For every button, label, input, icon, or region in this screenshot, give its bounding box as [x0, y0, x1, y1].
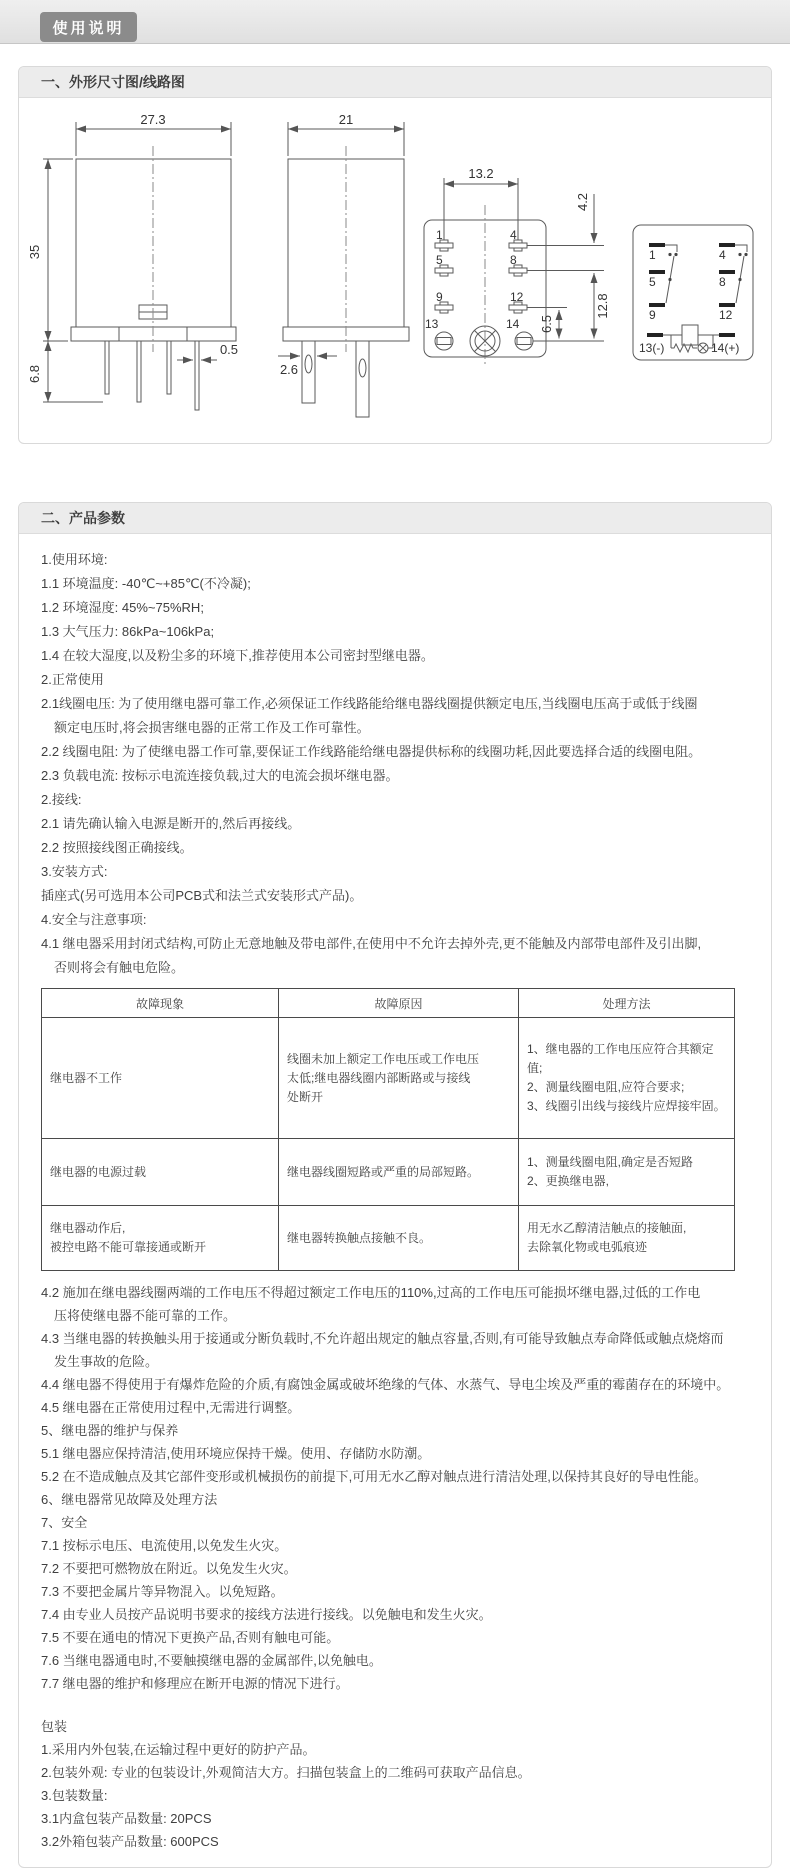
schematic-terminal-1: 1 — [649, 248, 656, 262]
schematic-terminal-9: 9 — [649, 308, 656, 322]
dim-label-front-width: 27.3 — [140, 112, 165, 127]
param-line: 2.1线圈电压: 为了使用继电器可靠工作,必须保证工作线路能给继电器线圈提供额定… — [41, 692, 751, 716]
fault-cell: 继电器动作后, 被控电路不能可靠接通或断开 — [42, 1206, 279, 1271]
dim-label-offset-top: 4.2 — [575, 193, 590, 211]
param-line: 5.1 继电器应保持清洁,使用环境应保持干燥。使用、存储防水防潮。 — [41, 1442, 751, 1465]
fault-table-header-row: 故障现象 故障原因 处理方法 — [42, 989, 735, 1018]
dim-label-pin-width: 0.5 — [220, 342, 238, 357]
param-line: 4.3 当继电器的转换触头用于接通或分断负载时,不允许超出规定的触点容量,否则,… — [41, 1327, 751, 1350]
param-line: 1.使用环境: — [41, 548, 751, 572]
pin-label-4: 4 — [510, 228, 517, 242]
fault-cell: 继电器转换触点接触不良。 — [279, 1206, 519, 1271]
param-line: 7.5 不要在通电的情况下更换产品,否则有触电可能。 — [41, 1626, 751, 1649]
param-line: 插座式(另可选用本公司PCB式和法兰式安装形式产品)。 — [41, 884, 751, 908]
fault-row: 继电器动作后, 被控电路不能可靠接通或断开 继电器转换触点接触不良。 用无水乙醇… — [42, 1206, 735, 1271]
fault-cell: 1、继电器的工作电压应符合其额定值; 2、测量线圈电阻,应符合要求; 3、线圈引… — [519, 1018, 735, 1139]
dim-label-pitch: 13.2 — [468, 166, 493, 181]
fault-table: 故障现象 故障原因 处理方法 继电器不工作 线圈未加上额定工作电压或工作电压 太… — [41, 988, 735, 1271]
section-product-parameters: 二、产品参数 1.使用环境: 1.1 环境温度: -40℃~+85℃(不冷凝);… — [18, 502, 772, 1868]
dim-label-side-pin: 2.6 — [280, 362, 298, 377]
param-line: 2.2 线圈电阻: 为了使继电器工作可靠,要保证工作线路能给继电器提供标称的线圈… — [41, 740, 751, 764]
section2-title: 二、产品参数 — [19, 503, 771, 534]
pin-label-13: 13 — [425, 317, 439, 331]
fault-row: 继电器不工作 线圈未加上额定工作电压或工作电压 太低;继电器线圈内部断路或与接线… — [42, 1018, 735, 1139]
param-line: 7.2 不要把可燃物放在附近。以免发生火灾。 — [41, 1557, 751, 1580]
param-line: 3.2外箱包装产品数量: 600PCS — [41, 1830, 751, 1853]
param-line: 4.2 施加在继电器线圈两端的工作电压不得超过额定工作电压的110%,过高的工作… — [41, 1281, 751, 1304]
param-line: 7、安全 — [41, 1511, 751, 1534]
param-line: 1.1 环境温度: -40℃~+85℃(不冷凝); — [41, 572, 751, 596]
param-line: 6、继电器常见故障及处理方法 — [41, 1488, 751, 1511]
param-line: 4.5 继电器在正常使用过程中,无需进行调整。 — [41, 1396, 751, 1419]
pin-label-9: 9 — [436, 290, 443, 304]
param-line: 7.1 按标示电压、电流使用,以免发生火灾。 — [41, 1534, 751, 1557]
param-line: 3.1内盒包装产品数量: 20PCS — [41, 1807, 751, 1830]
pin-label-8: 8 — [510, 253, 517, 267]
schematic-coil-positive: 14(+) — [711, 341, 739, 355]
param-line: 压将使继电器不能可靠的工作。 — [41, 1304, 751, 1327]
param-line: 2.3 负载电流: 按标示电流连接负载,过大的电流会损坏继电器。 — [41, 764, 751, 788]
schematic-terminal-8: 8 — [719, 275, 726, 289]
pin-label-5: 5 — [436, 253, 443, 267]
fault-cell: 线圈未加上额定工作电压或工作电压 太低;继电器线圈内部断路或与接线 处断开 — [279, 1018, 519, 1139]
parameters-text-after-table: 4.2 施加在继电器线圈两端的工作电压不得超过额定工作电压的110%,过高的工作… — [41, 1281, 751, 1853]
schematic-terminal-5: 5 — [649, 275, 656, 289]
pin-label-1: 1 — [436, 228, 443, 242]
param-line: 2.正常使用 — [41, 668, 751, 692]
param-line: 1.采用内外包装,在运输过程中更好的防护产品。 — [41, 1738, 751, 1761]
front-view-drawing — [43, 122, 236, 410]
schematic-terminal-4: 4 — [719, 248, 726, 262]
fault-cell: 继电器不工作 — [42, 1018, 279, 1139]
fault-col-cause: 故障原因 — [279, 989, 519, 1018]
section1-title: 一、外形尺寸图/线路图 — [19, 67, 771, 98]
param-line: 4.1 继电器采用封闭式结构,可防止无意地触及带电部件,在使用中不允许去掉外壳,… — [41, 932, 751, 956]
param-line: 1.3 大气压力: 86kPa~106kPa; — [41, 620, 751, 644]
fault-cell: 继电器线圈短路或严重的局部短路。 — [279, 1139, 519, 1206]
fault-cell: 继电器的电源过载 — [42, 1139, 279, 1206]
schematic-coil-negative: 13(-) — [639, 341, 664, 355]
packaging-heading: 包装 — [41, 1715, 751, 1738]
schematic-terminal-12: 12 — [719, 308, 733, 322]
fault-col-phenomenon: 故障现象 — [42, 989, 279, 1018]
param-line: 4.安全与注意事项: — [41, 908, 751, 932]
wiring-schematic — [633, 225, 753, 360]
param-line: 5.2 在不造成触点及其它部件变形或机械损伤的前提下,可用无水乙醇对触点进行清洁… — [41, 1465, 751, 1488]
param-line: 3.安装方式: — [41, 860, 751, 884]
dim-label-pin-length: 6.8 — [27, 365, 42, 383]
section-outline-drawing: 一、外形尺寸图/线路图 — [18, 66, 772, 444]
param-line: 发生事故的危险。 — [41, 1350, 751, 1373]
drawing-area: 27.3 35 6.8 0.5 21 2.6 13.2 4.2 12.8 6.5… — [19, 98, 771, 443]
param-line: 1.2 环境湿度: 45%~75%RH; — [41, 596, 751, 620]
pin-label-12: 12 — [510, 290, 524, 304]
param-line: 2.1 请先确认输入电源是断开的,然后再接线。 — [41, 812, 751, 836]
fault-col-solution: 处理方法 — [519, 989, 735, 1018]
param-line: 否则将会有触电危险。 — [41, 956, 751, 980]
dimension-drawing: 27.3 35 6.8 0.5 21 2.6 13.2 4.2 12.8 6.5… — [19, 102, 772, 432]
dim-label-span-mid: 6.5 — [539, 315, 554, 333]
dim-label-front-height: 35 — [27, 245, 42, 259]
param-line: 3.包装数量: — [41, 1784, 751, 1807]
param-line: 2.包装外观: 专业的包装设计,外观简洁大方。扫描包装盒上的二维码可获取产品信息… — [41, 1761, 751, 1784]
param-line: 1.4 在较大湿度,以及粉尘多的环境下,推荐使用本公司密封型继电器。 — [41, 644, 751, 668]
param-line: 4.4 继电器不得使用于有爆炸危险的介质,有腐蚀金属或破坏绝缘的气体、水蒸气、导… — [41, 1373, 751, 1396]
fault-cell: 1、测量线圈电阻,确定是否短路 2、更换继电器, — [519, 1139, 735, 1206]
param-line: 7.4 由专业人员按产品说明书要求的接线方法进行接线。以免触电和发生火灾。 — [41, 1603, 751, 1626]
dim-label-span-right: 12.8 — [595, 293, 610, 318]
fault-cell: 用无水乙醇清洁触点的接触面, 去除氧化物或电弧痕迹 — [519, 1206, 735, 1271]
usage-instructions-badge: 使用说明 — [40, 12, 137, 42]
param-line: 额定电压时,将会损害继电器的正常工作及工作可靠性。 — [41, 716, 751, 740]
param-line: 2.接线: — [41, 788, 751, 812]
pin-label-14: 14 — [506, 317, 520, 331]
fault-row: 继电器的电源过载 继电器线圈短路或严重的局部短路。 1、测量线圈电阻,确定是否短… — [42, 1139, 735, 1206]
dim-label-side-width: 21 — [339, 112, 353, 127]
parameters-text: 1.使用环境: 1.1 环境温度: -40℃~+85℃(不冷凝); 1.2 环境… — [19, 534, 771, 1867]
param-line: 5、继电器的维护与保养 — [41, 1419, 751, 1442]
param-line: 7.7 继电器的维护和修理应在断开电源的情况下进行。 — [41, 1672, 751, 1695]
param-line: 7.6 当继电器通电时,不要触摸继电器的金属部件,以免触电。 — [41, 1649, 751, 1672]
param-line: 2.2 按照接线图正确接线。 — [41, 836, 751, 860]
page-top-band: 使用说明 — [0, 0, 790, 44]
param-line: 7.3 不要把金属片等异物混入。以免短路。 — [41, 1580, 751, 1603]
